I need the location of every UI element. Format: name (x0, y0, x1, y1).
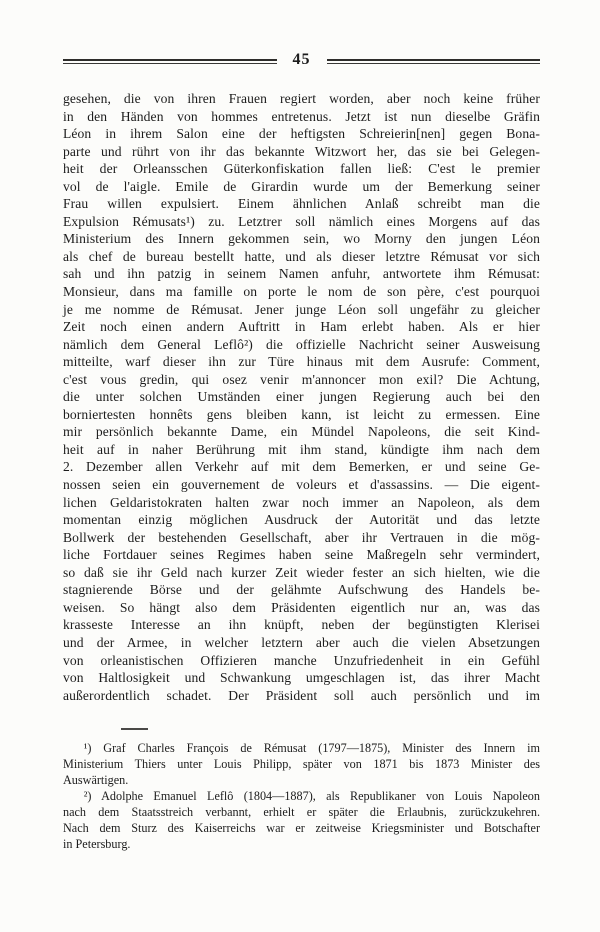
text-line: Auswärtigen. (63, 772, 540, 788)
text-line: in Petersburg. (63, 836, 540, 852)
text-line: von Haltlosigkeit und Schwankung umgesch… (63, 669, 540, 687)
text-line: ¹) Graf Charles François de Rémusat (179… (63, 740, 540, 756)
text-line: nach dem Staatsstreich verbannt, erhielt… (63, 804, 540, 820)
text-line: gesehen, die von ihren Frauen regiert wo… (63, 90, 540, 108)
text-line: heit auf in naher Berührung mit ihm stan… (63, 441, 540, 459)
text-line: in den Händen von hommes entretenus. Jet… (63, 108, 540, 126)
text-line: je me nomme de Rémusat. Jener junge Léon… (63, 301, 540, 319)
text-line: stagnierende Börse und der gelähmte Aufs… (63, 581, 540, 599)
text-line: borniertesten honnêts gens bleiben kann,… (63, 406, 540, 424)
text-line: nossen seien ein gouvernement de voleurs… (63, 476, 540, 494)
text-line: krasseste Interesse an ihn knüpft, neben… (63, 616, 540, 634)
text-line: c'est vous gredin, qui osez venir m'anno… (63, 371, 540, 389)
text-line: Ministerium Thiers unter Louis Philipp, … (63, 756, 540, 772)
text-line: von orleanistischen Offizieren manche Un… (63, 652, 540, 670)
text-line: Monsieur, dans ma famille on porte le no… (63, 283, 540, 301)
body-text: gesehen, die von ihren Frauen regiert wo… (63, 90, 540, 704)
text-line: heit der Orleansschen Güterkonfiskation … (63, 160, 540, 178)
footnotes: ¹) Graf Charles François de Rémusat (179… (63, 740, 540, 852)
running-head: 45 (63, 52, 540, 68)
text-line: Léon in ihrem Salon eine der heftigsten … (63, 125, 540, 143)
text-line: sah und ihn patzig in seinem Namen anfuh… (63, 265, 540, 283)
text-line: die unter solchen Umständen einer jungen… (63, 388, 540, 406)
text-line: als chef de bureau bestellt hatte, und a… (63, 248, 540, 266)
text-line: parte und rührt von ihr das bekannte Wit… (63, 143, 540, 161)
footnote-separator-rule (121, 728, 148, 730)
text-line: 2. Dezember allen Verkehr auf mit dem Be… (63, 458, 540, 476)
text-line: so daß sie ihr Geld nach kurzer Zeit wie… (63, 564, 540, 582)
text-line: vol de l'aigle. Emile de Girardin wurde … (63, 178, 540, 196)
scanned-book-page: 45 gesehen, die von ihren Frauen regiert… (0, 0, 600, 932)
text-line: mitteilte, warf dieser ihn zur Türe hina… (63, 353, 540, 371)
page-number: 45 (277, 52, 327, 68)
footnote-1: ¹) Graf Charles François de Rémusat (179… (63, 740, 540, 788)
text-line: mir persönlich bekannte Dame, ein Mündel… (63, 423, 540, 441)
text-line: momentan einzig möglichen Ausdruck der A… (63, 511, 540, 529)
text-line: und der Armee, in welcher letztern aber … (63, 634, 540, 652)
footnote-2: ²) Adolphe Emanuel Leflô (1804—1887), al… (63, 788, 540, 852)
text-line: Bollwerk der bestehenden Gesellschaft, a… (63, 529, 540, 547)
text-line: außerordentlich schadet. Der Präsident s… (63, 687, 540, 705)
text-line: Expulsion Rémusats¹) zu. Letztrer soll n… (63, 213, 540, 231)
text-line: liche Fortdauer seines Regimes haben sei… (63, 546, 540, 564)
text-line: Zeit noch einen andern Auftritt in Ham e… (63, 318, 540, 336)
text-line: nämlich dem General Leflô²) die offiziel… (63, 336, 540, 354)
text-line: Frau willen expulsiert. Einem ähnlichen … (63, 195, 540, 213)
header-rule-left (63, 59, 277, 64)
text-line: Nach dem Sturz des Kaiserreichs war er z… (63, 820, 540, 836)
text-line: Ministerium des Innern gekommen sein, wo… (63, 230, 540, 248)
text-line: ²) Adolphe Emanuel Leflô (1804—1887), al… (63, 788, 540, 804)
text-line: lichen Geldaristokraten halten zwar noch… (63, 494, 540, 512)
header-rule-right (327, 59, 541, 64)
text-line: weisen. So hängt also dem Präsidenten ei… (63, 599, 540, 617)
